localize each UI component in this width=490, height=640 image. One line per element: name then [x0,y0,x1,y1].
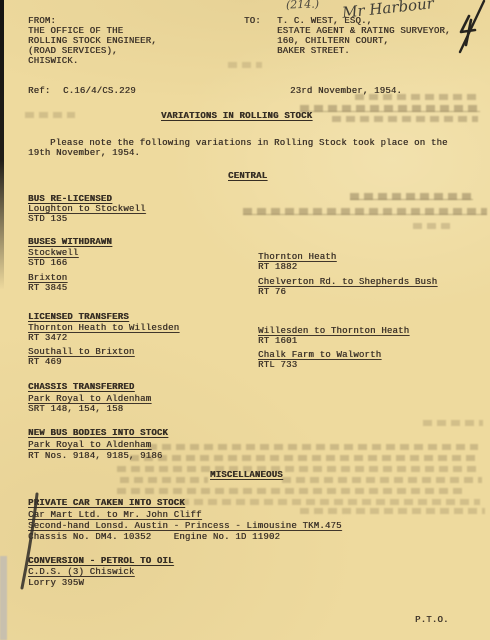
to-line: T. C. WEST, ESQ., [277,16,372,26]
bleed-through-smudge [350,193,473,200]
scan-edge-dark [0,0,4,290]
intro-line: 19th November, 1954. [28,148,140,158]
bleed-through-smudge [413,223,453,229]
ref-value: C.16/4/CS.229 [63,86,136,96]
bleed-through-smudge [117,488,467,494]
margin-pen-stroke [12,488,42,598]
route-line: Brixton [28,273,67,283]
bleed-through-smudge [180,499,480,505]
bleed-through-smudge [332,116,478,122]
section-heading-buses-withdrawn: BUSES WITHDRAWN [28,237,112,247]
scanned-letter-page: (214.) Mr Harbour FROM: THE OFFICE OF TH… [0,0,490,640]
to-line: 160, CHILTERN COURT, [277,36,389,46]
route-line: Park Royal to Aldenham [28,394,151,404]
section-heading-bus-relicensed: BUS RE-LICENSED [28,194,112,204]
to-line: BAKER STREET. [277,46,350,56]
bleed-through-smudge [300,508,485,514]
section-heading-miscellaneous: MISCELLANEOUS [210,470,283,480]
bleed-through-smudge [228,62,262,68]
stock-number: RT 1882 [258,262,297,272]
stock-number: RT 1601 [258,336,297,346]
from-line: CHISWICK. [28,56,78,66]
bleed-through-smudge [300,105,480,112]
section-heading-conversion: CONVERSION - PETROL TO OIL [28,556,174,566]
section-heading-chassis-transferred: CHASSIS TRANSFERRED [28,382,134,392]
to-label: TO: [244,16,261,26]
scan-edge-gray [0,556,7,640]
section-heading-private-car: PRIVATE CAR TAKEN INTO STOCK [28,498,185,508]
stock-number: STD 135 [28,214,67,224]
bleed-through-smudge [130,455,475,461]
ref-label: Ref: [28,86,50,96]
bleed-through-smudge [148,444,478,450]
section-heading-new-bus-bodies: NEW BUS BODIES INTO STOCK [28,428,168,438]
route-line: Thornton Heath to Willesden [28,323,179,333]
route-line: Park Royal to Aldenham [28,440,151,450]
letter-date: 23rd November, 1954. [290,86,402,96]
bleed-through-smudge [25,112,75,118]
bleed-through-smudge [423,420,483,426]
conversion-line: C.D.S. (3) Chiswick [28,567,134,577]
from-line: (ROAD SERVICES), [28,46,118,56]
stock-number: RT Nos. 9184, 9185, 9186 [28,451,162,461]
bleed-through-smudge [282,477,482,483]
route-line: Stockwell [28,248,78,258]
to-line: ESTATE AGENT & RATING SURVEYOR, [277,26,451,36]
handwritten-tick-mark [450,0,490,60]
route-line: Thornton Heath [258,252,336,262]
route-line: Loughton to Stockwell [28,204,146,214]
private-car-line: Car Mart Ltd. to Mr. John Cliff [28,510,202,520]
bleed-through-smudge [120,477,208,483]
letter-title: VARIATIONS IN ROLLING STOCK [161,111,312,121]
from-line: THE OFFICE OF THE [28,26,123,36]
stock-number: STD 166 [28,258,67,268]
route-line: Willesden to Thornton Heath [258,326,409,336]
bleed-through-smudge [117,466,477,472]
private-car-line: Second-hand Lonsd. Austin - Princess - L… [28,521,342,531]
bleed-through-smudge [243,208,487,215]
section-heading-licensed-transfers: LICENSED TRANSFERS [28,312,129,322]
from-line: ROLLING STOCK ENGINEER, [28,36,157,46]
stock-number: RTL 733 [258,360,297,370]
stock-number: RT 469 [28,357,62,367]
from-label: FROM: [28,16,56,26]
pto-note: P.T.O. [415,615,449,625]
stock-number: RT 3845 [28,283,67,293]
route-line: Chelverton Rd. to Shepherds Bush [258,277,437,287]
route-line: Chalk Farm to Walworth [258,350,381,360]
route-line: Southall to Brixton [28,347,134,357]
stock-number: RT 76 [258,287,286,297]
intro-line: Please note the following variations in … [50,138,448,148]
private-car-line: Chassis No. DM4. 10352 Engine No. 1D 119… [28,532,280,542]
section-heading-central: CENTRAL [228,171,267,181]
handwritten-corner-number: (214.) [286,0,320,12]
stock-number: RT 3472 [28,333,67,343]
stock-number: SRT 148, 154, 158 [28,404,123,414]
